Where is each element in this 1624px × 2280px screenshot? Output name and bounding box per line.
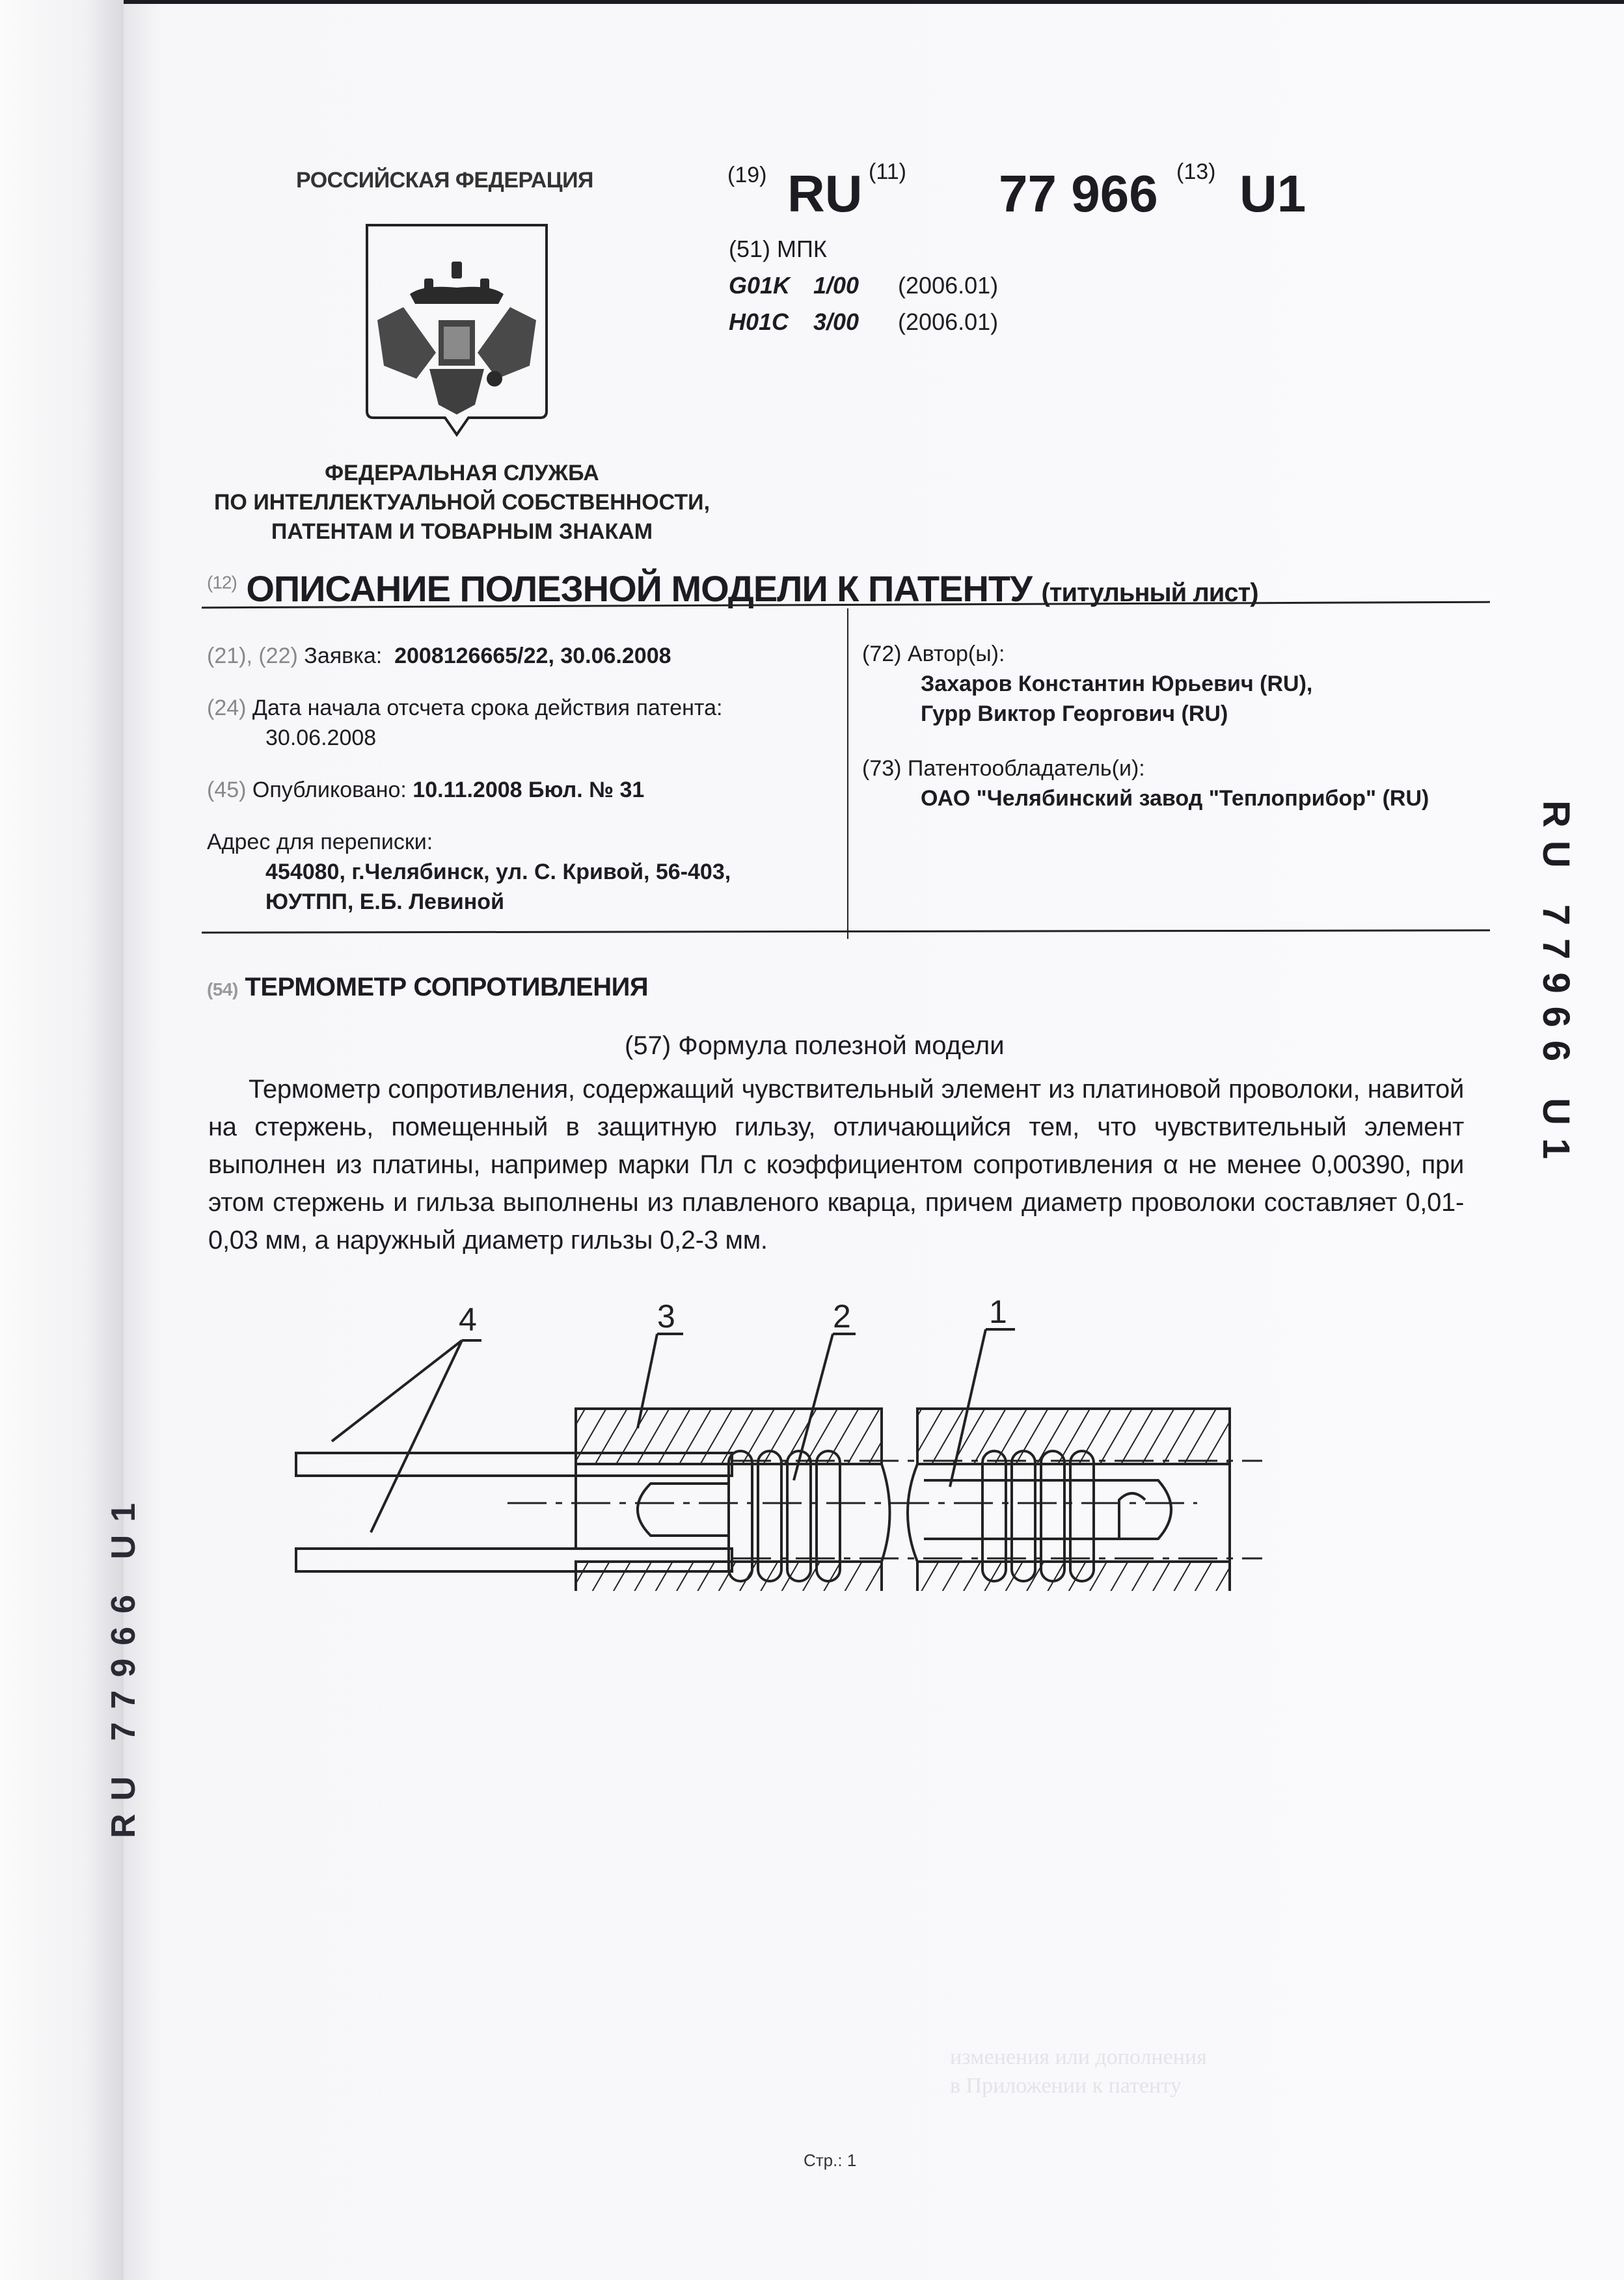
agency-name: ФЕДЕРАЛЬНАЯ СЛУЖБА ПО ИНТЕЛЛЕКТУАЛЬНОЙ С… <box>189 459 735 547</box>
field-code: (72) <box>862 642 901 666</box>
author-name: Захаров Константин Юрьевич (RU), <box>862 669 1487 699</box>
ipc-row: G01K 1/00 (2006.01) <box>729 267 998 304</box>
authors-field: (72) Автор(ы): Захаров Константин Юрьеви… <box>862 639 1487 729</box>
side-number-right: RU 77966 U1 <box>1500 800 1578 1172</box>
holder-name: ОАО "Челябинский завод "Теплоприбор" (RU… <box>862 783 1487 813</box>
invention-title: (54) ТЕРМОМЕТР СОПРОТИВЛЕНИЯ <box>207 973 648 1002</box>
russian-coat-of-arms-icon <box>364 223 549 437</box>
author-name: Гурр Виктор Георгович (RU) <box>862 699 1487 729</box>
claims-heading: (57) Формула полезной модели <box>625 1031 1005 1061</box>
published-value: 10.11.2008 Бюл. № 31 <box>413 778 644 802</box>
term-start-value: 30.06.2008 <box>207 723 832 753</box>
claims-text: Термометр сопротивления, содержащий чувс… <box>208 1070 1464 1259</box>
code-19: (19) <box>727 163 766 188</box>
agency-line: ПО ИНТЕЛЛЕКТУАЛЬНОЙ СОБСТВЕННОСТИ, <box>189 488 735 517</box>
drawing-label-2: 2 <box>833 1298 851 1335</box>
field-label: Патентообладатель(и): <box>908 756 1145 781</box>
ipc-version: (2006.01) <box>898 272 998 299</box>
ipc-group: 3/00 <box>813 304 891 340</box>
ghost-line: изменения или дополнения <box>950 2043 1207 2072</box>
ipc-group: 1/00 <box>813 267 891 304</box>
field-code: (21), (22) <box>207 644 298 668</box>
drawing-label-1: 1 <box>989 1294 1007 1330</box>
ipc-code: G01K <box>729 267 807 304</box>
field-label: Опубликовано: <box>252 778 407 802</box>
drawing-label-3: 3 <box>657 1298 675 1335</box>
page-number: Стр.: 1 <box>804 2151 856 2171</box>
application-value: 2008126665/22, 30.06.2008 <box>394 644 671 668</box>
field-label: Дата начала отсчета срока действия патен… <box>252 696 723 720</box>
field-code: (45) <box>207 778 246 802</box>
address-field: Адрес для переписки: 454080, г.Челябинск… <box>207 827 832 917</box>
address-line: 454080, г.Челябинск, ул. С. Кривой, 56-4… <box>207 857 832 887</box>
country-code: RU <box>787 168 863 220</box>
ipc-code: H01C <box>729 304 807 340</box>
thermometer-drawing: 4 3 2 1 <box>273 1292 1431 1591</box>
drawing-label-4: 4 <box>459 1301 477 1338</box>
bibliographic-right: (72) Автор(ы): Захаров Константин Юрьеви… <box>862 639 1487 838</box>
previous-page-strip <box>0 0 124 2280</box>
claim-paragraph: Термометр сопротивления, содержащий чувс… <box>208 1070 1464 1259</box>
column-divider <box>847 608 848 939</box>
address-line: ЮУТПП, Е.Б. Левиной <box>207 887 832 917</box>
ghost-line: в Приложении к патенту <box>950 2072 1207 2100</box>
field-code: (24) <box>207 696 246 720</box>
field-code: (73) <box>862 756 901 781</box>
holder-field: (73) Патентообладатель(и): ОАО "Челябинс… <box>862 753 1487 813</box>
application-field: (21), (22) Заявка: 2008126665/22, 30.06.… <box>207 641 832 671</box>
agency-line: ПАТЕНТАМ И ТОВАРНЫМ ЗНАКАМ <box>189 517 735 547</box>
field-label: Заявка: <box>304 644 382 668</box>
invention-title-text: ТЕРМОМЕТР СОПРОТИВЛЕНИЯ <box>245 973 648 1001</box>
code-13: (13) <box>1176 159 1215 185</box>
side-number-left: RU 77966 U1 <box>104 1292 163 1838</box>
field-label: Адрес для переписки: <box>207 827 832 857</box>
bleed-through-text: изменения или дополнения в Приложении к … <box>950 2043 1207 2100</box>
country-name: РОССИЙСКАЯ ФЕДЕРАЦИЯ <box>296 168 593 193</box>
ipc-row: H01C 3/00 (2006.01) <box>729 304 998 340</box>
patent-number: 77 966 <box>999 168 1158 220</box>
code-11: (11) <box>869 159 906 185</box>
term-start-field: (24) Дата начала отсчета срока действия … <box>207 693 832 753</box>
kind-code: U1 <box>1239 168 1306 220</box>
ipc-label: (51) МПК <box>729 231 998 267</box>
agency-line: ФЕДЕРАЛЬНАЯ СЛУЖБА <box>189 459 735 488</box>
ipc-block: (51) МПК G01K 1/00 (2006.01) H01C 3/00 (… <box>729 231 998 340</box>
ipc-version: (2006.01) <box>898 308 998 335</box>
bibliographic-left: (21), (22) Заявка: 2008126665/22, 30.06.… <box>207 641 832 939</box>
published-field: (45) Опубликовано: 10.11.2008 Бюл. № 31 <box>207 775 832 805</box>
field-code: (54) <box>207 979 238 999</box>
field-label: Автор(ы): <box>908 642 1005 666</box>
title-code: (12) <box>207 572 237 592</box>
